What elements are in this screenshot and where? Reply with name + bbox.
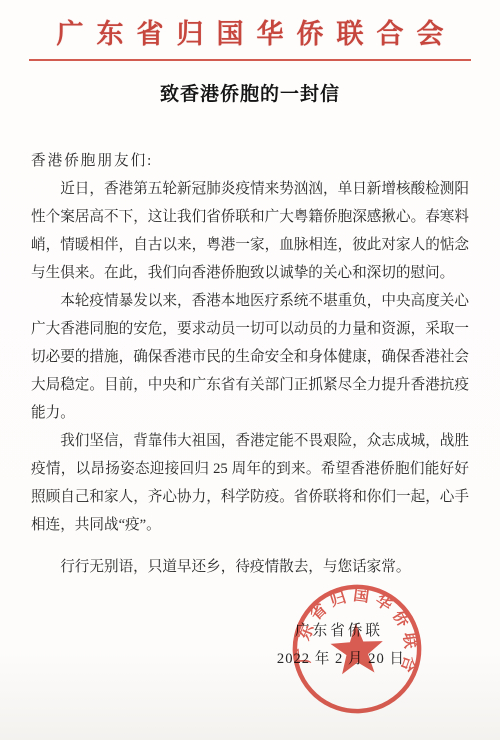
signature-block: 广东省侨联 2022 年 2 月 20 日 bbox=[0, 617, 500, 673]
letter-closing-line: 行行无别语，只道早还乡，待疫情散去，与您话家常。 bbox=[31, 553, 469, 581]
signature-date: 2022 年 2 月 20 日 bbox=[0, 645, 500, 673]
letter-salutation: 香港侨胞朋友们: bbox=[31, 147, 469, 175]
letterhead-rule bbox=[29, 59, 471, 61]
letter-title: 致香港侨胞的一封信 bbox=[0, 83, 500, 107]
signature-org: 广东省侨联 bbox=[0, 617, 500, 645]
letter-body: 香港侨胞朋友们: 近日，香港第五轮新冠肺炎疫情来势汹汹，单日新增核酸检测阳性个案… bbox=[31, 147, 469, 581]
letter-paragraph: 近日，香港第五轮新冠肺炎疫情来势汹汹，单日新增核酸检测阳性个案居高不下，这让我们… bbox=[31, 175, 469, 287]
letterhead: 广东省归国华侨联合会 bbox=[0, 0, 500, 61]
letter-paragraph: 本轮疫情暴发以来，香港本地医疗系统不堪重负，中央高度关心广大香港同胞的安危，要求… bbox=[31, 287, 469, 427]
letter-page: 广东省归国华侨联合会 致香港侨胞的一封信 香港侨胞朋友们: 近日，香港第五轮新冠… bbox=[0, 0, 500, 740]
letterhead-org-name: 广东省归国华侨联合会 bbox=[0, 15, 500, 53]
letter-paragraph: 我们坚信，背靠伟大祖国，香港定能不畏艰险，众志成城，战胜疫情，以昂扬姿态迎接回归… bbox=[31, 427, 469, 539]
